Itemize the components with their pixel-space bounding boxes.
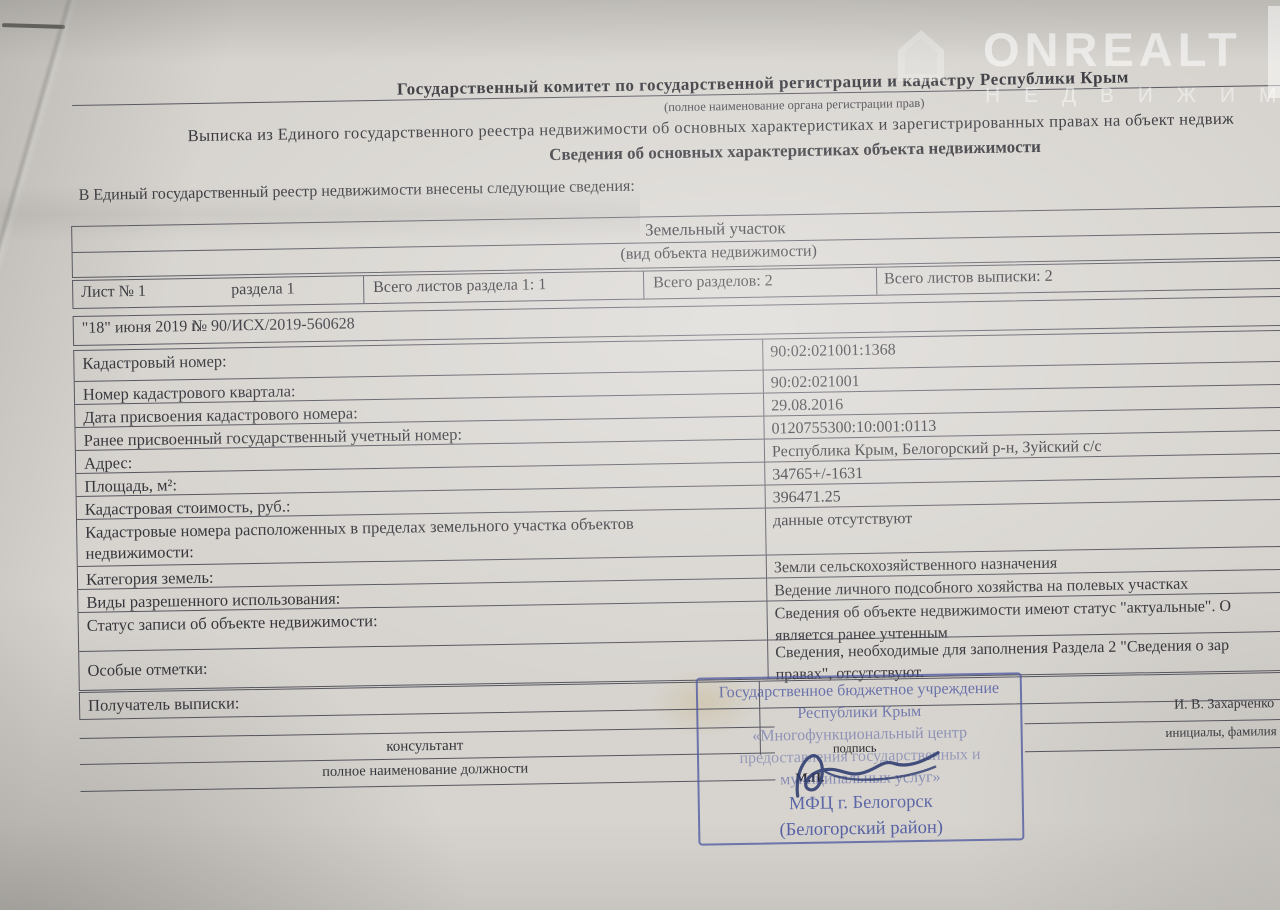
authority-name: Государственный комитет по государственн… (397, 67, 1129, 99)
issue-number: № 90/ИСХ/2019-560628 (192, 315, 355, 336)
document-photo: Государственный комитет по государственн… (0, 0, 1280, 910)
object-type-caption: (вид объекта недвижимости) (620, 243, 817, 264)
section-title: Сведения об основных характеристиках объ… (549, 137, 1041, 165)
row-value: Сведения, необходимые для заполнения Раз… (768, 632, 1280, 679)
cell-divider (876, 268, 877, 295)
issue-date: "18" июня 2019 г. (82, 318, 201, 338)
cell-divider (363, 276, 364, 303)
recipient-label: Получатель выписки: (88, 693, 240, 716)
signature-line (80, 726, 775, 739)
object-type: Земельный участок (645, 218, 786, 240)
signer-position: консультант (386, 738, 463, 756)
sheets-in-section: Всего листов раздела 1: 1 (373, 276, 546, 297)
handwritten-signature (785, 737, 956, 812)
position-caption: полное наименование должности (322, 761, 528, 781)
authority-caption: (полное наименование органа регистрации … (664, 96, 925, 115)
signer-name: И. В. Захарченко (1024, 696, 1274, 716)
signature-line (80, 779, 775, 792)
cell-divider (643, 272, 644, 299)
total-sections: Всего разделов: 2 (653, 272, 773, 292)
egrn-extract-page: Государственный комитет по государственн… (0, 0, 1280, 910)
total-sheets: Всего листов выписки: 2 (884, 268, 1053, 289)
row-value: данные отсутствуют (766, 500, 1280, 555)
signature-line (1025, 747, 1280, 752)
section-number: раздела 1 (231, 280, 295, 299)
name-caption: инициалы, фамилия (1025, 723, 1277, 743)
characteristics-table: Кадастровый номер: 90:02:021001:1368 Ном… (73, 330, 1280, 691)
sheet-number: Лист № 1 (81, 283, 146, 302)
stamp-line: (Белогорский район) (700, 813, 1022, 844)
intro-line: В Единый государственный реестр недвижим… (78, 178, 634, 205)
